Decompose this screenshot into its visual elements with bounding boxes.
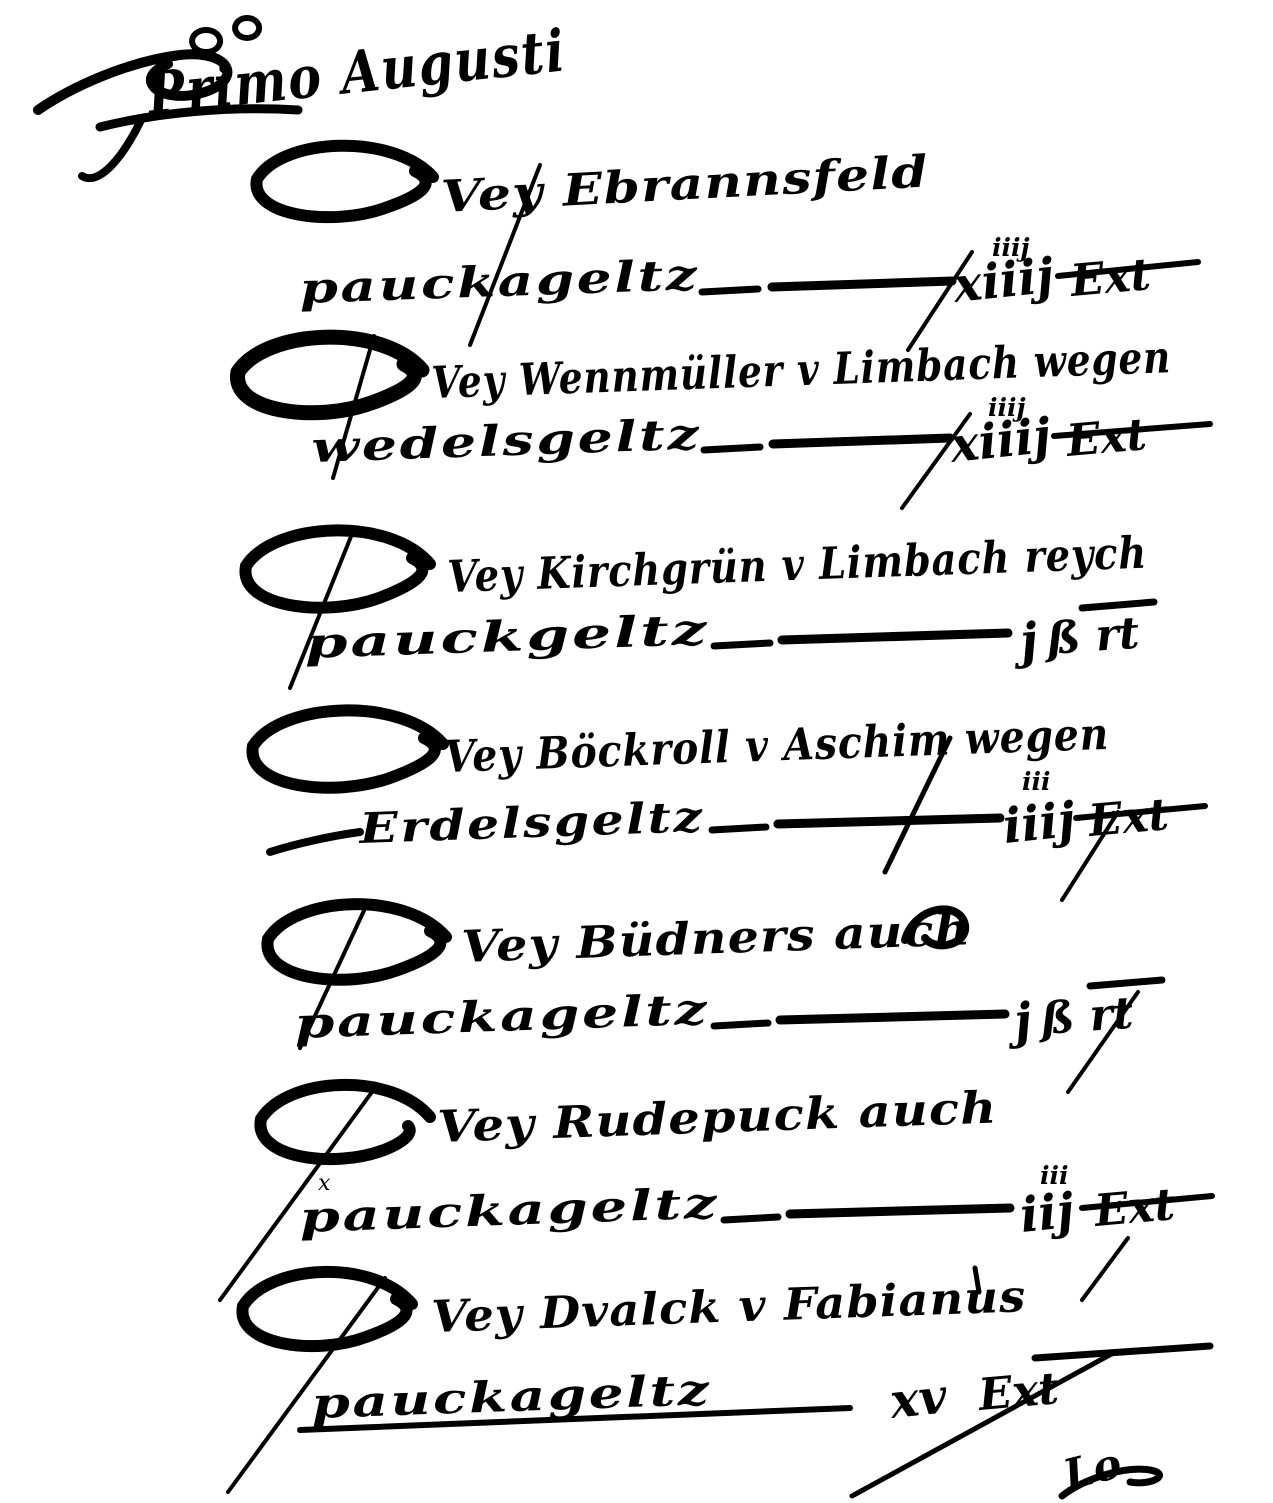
filler-dash-short bbox=[714, 643, 770, 646]
filler-dash-long bbox=[773, 438, 950, 444]
entry-heading: Vey Dvalck v Fabianus bbox=[431, 1271, 1027, 1343]
payment-word: pauckageltz bbox=[294, 985, 710, 1048]
filler-dash-short bbox=[714, 1023, 768, 1026]
entry-heading: Vey Wennmüller v Limbach wegen bbox=[431, 332, 1172, 409]
amount-superscript: iii bbox=[1022, 767, 1051, 796]
filler-dash-short bbox=[724, 1217, 778, 1220]
filler-dash-long bbox=[772, 281, 952, 287]
amount-unit: Ext bbox=[975, 1363, 1061, 1421]
manuscript-page: Primo Augusti Vey Ebrannsfeld pauckagelt… bbox=[0, 0, 1273, 1503]
filler-dashes bbox=[714, 1014, 1005, 1026]
filler-dash-long bbox=[790, 1208, 1010, 1214]
ledger-entry-3: Vey Kirchgrün v Limbach reych pauckgeltz… bbox=[245, 528, 1154, 688]
filler-dash-long bbox=[782, 633, 1008, 640]
manuscript-scan: Primo Augusti Vey Ebrannsfeld pauckagelt… bbox=[0, 0, 1273, 1503]
ledger-entry-5: Vey Büdners auch pauckageltz j ß rt bbox=[267, 902, 1162, 1092]
payment-word: pauckageltz bbox=[299, 1178, 720, 1242]
entry-heading: Vey Ebrannsfeld bbox=[440, 147, 930, 223]
initial-flourish bbox=[252, 710, 443, 787]
payment-word: Erdelsgeltz bbox=[357, 792, 705, 853]
unit-crossbar bbox=[1035, 1346, 1210, 1358]
filler-dashes bbox=[724, 1208, 1010, 1220]
filler-dashes bbox=[702, 281, 952, 292]
payment-word: wedelsgeltz bbox=[311, 409, 702, 472]
amount-value: iij bbox=[1017, 1183, 1076, 1244]
initial-flourish bbox=[260, 1085, 430, 1159]
amount-value: iiij bbox=[1000, 792, 1078, 855]
closing-paraph: Lo bbox=[1058, 1438, 1160, 1500]
filler-dash-long bbox=[778, 818, 1000, 824]
word-lead-swash bbox=[270, 832, 360, 852]
initial-flourish bbox=[237, 337, 422, 413]
initial-flourish bbox=[256, 146, 433, 217]
ledger-entry-4: Vey Böckroll v Aschim wegen Erdelsgeltz … bbox=[252, 709, 1205, 900]
amount-superscript: iii bbox=[1040, 1161, 1069, 1190]
amount-unit: Ext bbox=[1063, 409, 1149, 467]
amount-unit: ß rt bbox=[1041, 608, 1141, 666]
header-superscript-o-right bbox=[235, 18, 259, 38]
amount-value: j bbox=[1003, 992, 1034, 1050]
amount-value: j bbox=[1009, 612, 1040, 670]
amount-unit: Ext bbox=[1067, 249, 1153, 307]
filler-dashes bbox=[712, 818, 1000, 830]
filler-dashes bbox=[704, 438, 950, 450]
entry-heading: Vey Rudepuck auch bbox=[437, 1082, 998, 1153]
initial-flourish bbox=[242, 1272, 412, 1346]
entry-heading: Vey Kirchgrün v Limbach reych bbox=[447, 528, 1148, 603]
filler-dash-long bbox=[780, 1014, 1005, 1020]
unit-overline bbox=[1082, 602, 1154, 608]
amount-value: xv bbox=[886, 1368, 950, 1430]
header-text: Primo Augusti bbox=[143, 16, 569, 128]
unit-descender-slash bbox=[1082, 1238, 1128, 1300]
filler-dashes bbox=[714, 633, 1008, 646]
ledger-entry-1: Vey Ebrannsfeld pauckageltz xiiij iiij E… bbox=[256, 146, 1198, 350]
amount-superscript: iiij bbox=[992, 233, 1030, 262]
ledger-entry-6: x Vey Rudepuck auch pauckageltz iij iii … bbox=[220, 1082, 1212, 1300]
unit-overline bbox=[1090, 980, 1162, 986]
amount-superscript: iiij bbox=[988, 393, 1026, 422]
initial-flourish bbox=[267, 904, 446, 980]
header-superscript-o-left bbox=[192, 30, 220, 52]
entry-heading: Vey Büdners auch bbox=[461, 904, 972, 973]
ledger-entry-2: Vey Wennmüller v Limbach wegen wedelsgel… bbox=[237, 332, 1210, 508]
payment-word: pauckgeltz bbox=[304, 605, 710, 668]
payment-word: pauckageltz bbox=[299, 250, 700, 313]
filler-dash-short bbox=[712, 827, 766, 830]
filler-dash-short bbox=[702, 289, 758, 292]
entry-heading: Vey Böckroll v Aschim wegen bbox=[444, 709, 1110, 783]
filler-dash-short bbox=[704, 447, 760, 450]
